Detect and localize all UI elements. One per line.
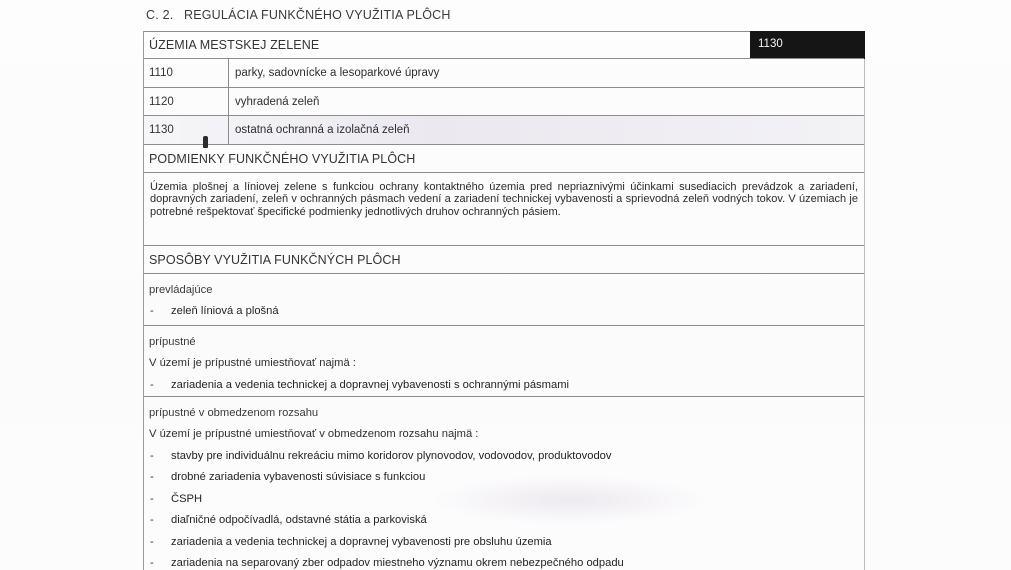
- conditions-paragraph: Územia plošnej a líniovej zelene s funkc…: [150, 181, 858, 219]
- code-row: 1120 vyhradená zeleň: [144, 87, 864, 116]
- code-description: ostatná ochranná a izolačná zeleň: [235, 124, 410, 136]
- list-item-text: zariadenia a vedenia technickej a doprav…: [171, 536, 552, 548]
- faint-stamp-watermark: [430, 475, 710, 525]
- list-item-text: zariadenia a vedenia technickej a doprav…: [171, 379, 569, 391]
- conditions-header-row: PODMIENKY FUNKČNÉHO VYUŽITIA PLÔCH: [144, 144, 864, 172]
- bullet-dash: -: [150, 301, 154, 323]
- list-item-text: diaľničné odpočívadlá, odstavné státia a…: [171, 514, 427, 526]
- bullet-dash: -: [150, 532, 154, 554]
- conditions-text-row: Územia plošnej a líniovej zelene s funkc…: [144, 172, 864, 245]
- bullet-dash: -: [150, 446, 154, 468]
- list-item: - stavby pre individuálnu rekreáciu mimo…: [149, 446, 859, 468]
- code-value: 1110: [149, 67, 173, 79]
- section-number: C. 2.: [146, 8, 184, 22]
- permitted-heading: prípustné: [149, 332, 859, 354]
- zone-title: ÚZEMIA MESTSKEJ ZELENE: [149, 38, 319, 52]
- list-item-text: zeleň líniová a plošná: [171, 305, 279, 317]
- list-item: - zariadenia a vedenia technickej a dopr…: [149, 375, 859, 397]
- list-item: - zariadenia na separovaný zber odpadov …: [149, 553, 859, 570]
- code-description: vyhradená zeleň: [235, 96, 319, 108]
- limited-heading: prípustné v obmedzenom rozsahu: [149, 403, 859, 425]
- list-item-text: stavby pre individuálnu rekreáciu mimo k…: [171, 450, 611, 462]
- list-item-text: ČSPH: [171, 493, 202, 505]
- bullet-dash: -: [150, 510, 154, 532]
- column-divider: [228, 59, 229, 87]
- column-divider: [228, 116, 229, 144]
- section-title: REGULÁCIA FUNKČNÉHO VYUŽITIA PLÔCH: [184, 8, 451, 22]
- limited-intro: V území je prípustné umiestňovať v obmed…: [149, 424, 859, 446]
- highlighted-code-badge: 1130: [750, 31, 865, 59]
- bullet-dash: -: [150, 375, 154, 397]
- predominant-uses-block: prevládajúce - zeleň líniová a plošná: [144, 273, 864, 325]
- list-item: - zariadenia a vedenia technickej a dopr…: [149, 532, 859, 554]
- bullet-dash: -: [150, 553, 154, 570]
- code-description: parky, sadovnícke a lesoparkové úpravy: [235, 67, 439, 79]
- list-item: - zeleň líniová a plošná: [149, 301, 859, 323]
- conditions-title: PODMIENKY FUNKČNÉHO VYUŽITIA PLÔCH: [149, 152, 415, 166]
- section-heading: C. 2.REGULÁCIA FUNKČNÉHO VYUŽITIA PLÔCH: [146, 8, 451, 22]
- zone-header-row: ÚZEMIA MESTSKEJ ZELENE 1130: [144, 31, 864, 58]
- bullet-dash: -: [150, 467, 154, 489]
- list-item-text: drobné zariadenia vybavenosti súvisiace …: [171, 471, 425, 483]
- permitted-intro: V území je prípustné umiestňovať najmä :: [149, 353, 859, 375]
- bullet-dash: -: [150, 489, 154, 511]
- code-value: 1130: [149, 124, 174, 136]
- column-divider: [228, 88, 229, 116]
- predominant-heading: prevládajúce: [149, 280, 859, 302]
- ink-smudge-mark: [203, 136, 208, 148]
- permitted-uses-block: prípustné V území je prípustné umiestňov…: [144, 325, 864, 396]
- uses-header-row: SPOSÔBY VYUŽITIA FUNKČNÝCH PLÔCH: [144, 245, 864, 273]
- scanned-document-page: C. 2.REGULÁCIA FUNKČNÉHO VYUŽITIA PLÔCH …: [0, 0, 1011, 570]
- list-item-text: zariadenia na separovaný zber odpadov mi…: [171, 557, 624, 569]
- uses-title: SPOSÔBY VYUŽITIA FUNKČNÝCH PLÔCH: [149, 253, 401, 267]
- code-row-highlighted: 1130 ostatná ochranná a izolačná zeleň: [144, 115, 864, 144]
- code-row: 1110 parky, sadovnícke a lesoparkové úpr…: [144, 58, 864, 87]
- code-value: 1120: [149, 96, 174, 108]
